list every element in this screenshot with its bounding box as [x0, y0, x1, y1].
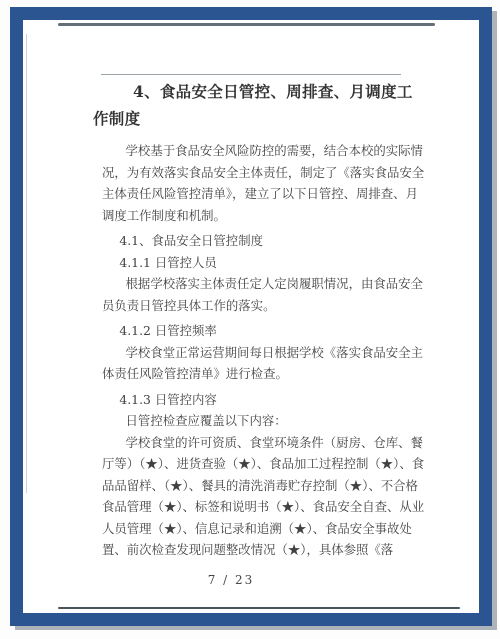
left-scan-artifact-line — [26, 34, 27, 493]
page-frame: 4、食品安全日管控、周排查、月调度工作制度 学校基于食品安全风险防控的需要，结合… — [10, 7, 492, 626]
document-sheet: 4、食品安全日管控、周排查、月调度工作制度 学校基于食品安全风险防控的需要，结合… — [23, 20, 479, 613]
doc-heading: 4.1.2 日管控频率 — [102, 320, 428, 342]
top-rule — [58, 23, 435, 26]
doc-paragraph: 学校食堂的许可资质、食堂环境条件（厨房、仓库、餐厅等）（★）、进货查验（★）、食… — [102, 432, 428, 561]
doc-heading: 4.1、食品安全日管控制度 — [102, 230, 428, 252]
page-title: 4、食品安全日管控、周排查、月调度工作制度 — [93, 78, 419, 132]
title-rule — [101, 74, 401, 75]
doc-paragraph: 根据学校落实主体责任定人定岗履职情况，由食品安全员负责日管控具体工作的落实。 — [102, 273, 428, 316]
doc-paragraph: 学校基于食品安全风险防控的需要，结合本校的实际情况，为有效落实食品安全主体责任，… — [102, 140, 428, 226]
doc-paragraph: 日管控检查应覆盖以下内容： — [102, 410, 428, 432]
doc-paragraph: 学校食堂正常运营期间每日根据学校《落实食品安全主体责任风险管控清单》进行检查。 — [102, 342, 428, 385]
page-number: 7 / 23 — [23, 573, 439, 587]
text-column: 4、食品安全日管控、周排查、月调度工作制度 学校基于食品安全风险防控的需要，结合… — [102, 74, 428, 561]
footer-rule — [58, 607, 460, 609]
doc-heading: 4.1.1 日管控人员 — [102, 252, 428, 274]
document-body: 学校基于食品安全风险防控的需要，结合本校的实际情况，为有效落实食品安全主体责任，… — [102, 140, 428, 561]
doc-heading: 4.1.3 日管控内容 — [102, 389, 428, 411]
